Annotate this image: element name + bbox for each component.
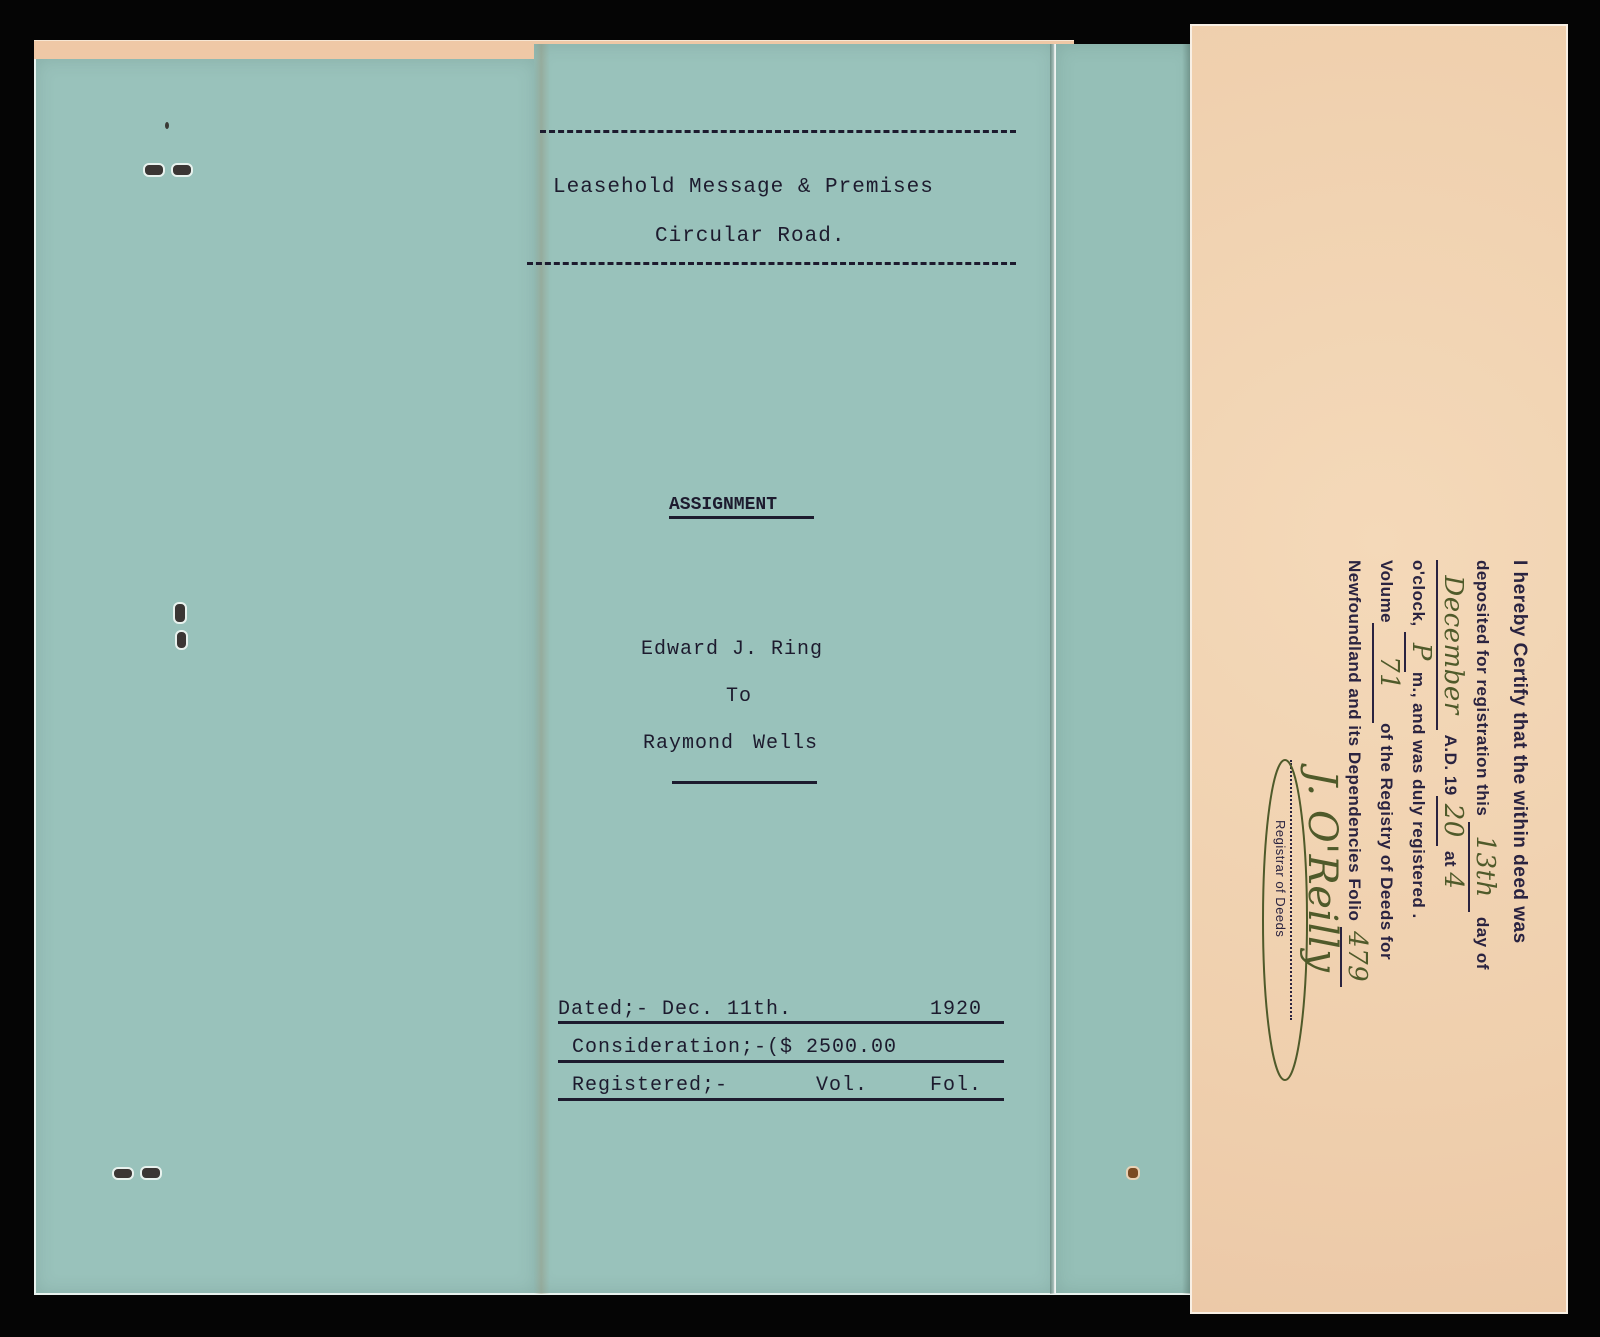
volume-blank: 71 bbox=[1372, 623, 1404, 723]
heading-divider-top bbox=[540, 130, 1016, 133]
assignee-name: Raymond Wells bbox=[643, 732, 818, 755]
flap-fold-shadow bbox=[1050, 44, 1056, 1294]
cert-line-4: o'clock, Pm., and was duly registered . bbox=[1404, 560, 1436, 919]
day-blank: 13th bbox=[1468, 822, 1500, 912]
heading-line-1: Leasehold Message & Premises bbox=[553, 176, 934, 199]
heading-divider-bottom bbox=[527, 262, 1016, 265]
dated-underline bbox=[558, 1021, 1004, 1024]
title-underline bbox=[669, 516, 814, 519]
cert-volume-text: Volume bbox=[1377, 560, 1396, 623]
cert-line-5: Volume71of the Registry of Deeds for bbox=[1372, 560, 1404, 960]
meridiem-blank: P bbox=[1404, 632, 1436, 672]
cert-line-3: December A.D. 1920 at 4 bbox=[1436, 560, 1468, 889]
heading-line-2: Circular Road. bbox=[655, 225, 845, 248]
dated-year: 1920 bbox=[930, 998, 982, 1021]
cover-flap bbox=[1054, 44, 1194, 1295]
month-handwritten: December bbox=[1438, 575, 1468, 714]
ink-dot bbox=[165, 122, 169, 129]
registered-label: Registered;- bbox=[572, 1074, 728, 1097]
cert-registry-text: of the Registry of Deeds for bbox=[1377, 723, 1396, 960]
punch-hole bbox=[112, 1167, 134, 1180]
folio-handwritten: 479 bbox=[1342, 931, 1372, 982]
cert-registered-text: m., and was duly registered . bbox=[1409, 672, 1428, 919]
cert-line-1: I hereby Certify that the within deed wa… bbox=[1508, 560, 1530, 944]
cert-line-2: deposited for registration this 13th day… bbox=[1468, 560, 1500, 970]
year-handwritten: 20 bbox=[1438, 804, 1468, 838]
document-title: ASSIGNMENT bbox=[669, 495, 777, 515]
rust-spot bbox=[1126, 1166, 1140, 1180]
punch-hole bbox=[173, 602, 187, 624]
cert-newfoundland-text: Newfoundland and its Dependencies Folio bbox=[1345, 560, 1364, 921]
registration-certificate: I hereby Certify that the within deed wa… bbox=[1250, 560, 1540, 1120]
year-blank: 20 bbox=[1436, 796, 1468, 846]
cert-oclock-text: o'clock, bbox=[1409, 560, 1428, 627]
volume-handwritten: 71 bbox=[1374, 656, 1404, 690]
registered-underline bbox=[558, 1098, 1004, 1101]
assignor-name: Edward J. Ring bbox=[641, 638, 823, 661]
consideration-underline bbox=[558, 1060, 1004, 1063]
month-blank: December bbox=[1436, 560, 1468, 730]
cert-ad-text: A.D. 19 bbox=[1441, 735, 1460, 796]
cover-panel-left bbox=[34, 59, 536, 1295]
punch-hole bbox=[175, 630, 188, 650]
punch-hole bbox=[140, 1166, 162, 1180]
parties-underline bbox=[672, 781, 817, 784]
cert-at-text: at bbox=[1441, 851, 1460, 867]
cert-deposited-text: deposited for registration this bbox=[1473, 560, 1492, 816]
hour-handwritten: 4 bbox=[1438, 872, 1468, 889]
punch-hole bbox=[143, 163, 165, 177]
to-label: To bbox=[726, 685, 752, 708]
dated-label: Dated;- Dec. 11th. bbox=[558, 998, 792, 1021]
fol-label: Fol. bbox=[930, 1074, 982, 1097]
meridiem-handwritten: P bbox=[1406, 643, 1436, 661]
consideration-text: Consideration;-($ 2500.00 bbox=[572, 1036, 897, 1059]
punch-hole bbox=[171, 163, 193, 177]
center-fold-crease bbox=[534, 44, 550, 1294]
cert-day-of-text: day of bbox=[1473, 917, 1492, 970]
day-handwritten: 13th bbox=[1470, 835, 1500, 897]
signature-flourish-icon bbox=[1255, 755, 1325, 1085]
vol-label: Vol. bbox=[816, 1074, 868, 1097]
